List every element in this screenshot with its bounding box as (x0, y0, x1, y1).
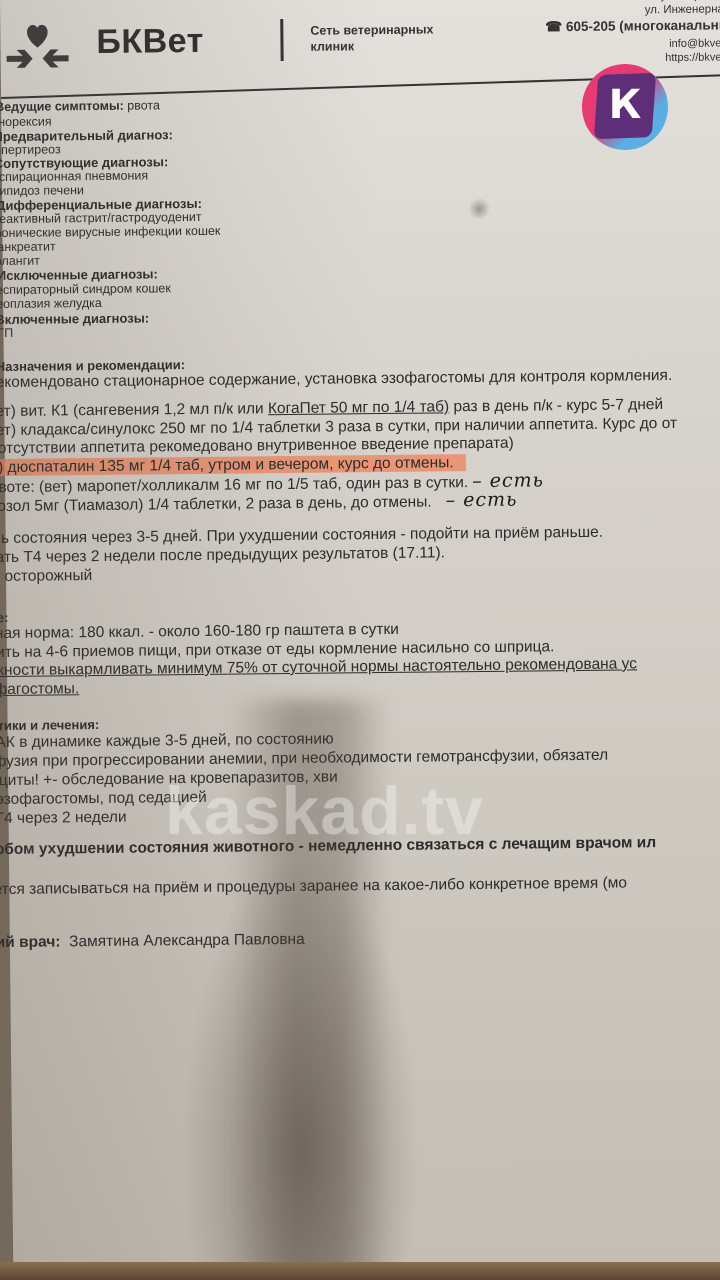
tagline-line-1: Сеть ветеринарных (310, 21, 470, 39)
leading-symptoms: Ведущие симптомы: рвота (0, 98, 160, 115)
feeding-warning-end: эзофагостомы. (0, 680, 79, 699)
tagline-line-2: клиник (310, 37, 470, 55)
phone-number: ☎ 605-205 (многоканальны (545, 18, 720, 34)
excluded-label: Исключенные диагнозы: (0, 266, 158, 283)
t4-note: Пересдать Т4 через 2 недели после предыд… (0, 544, 445, 567)
excluded-item: неоплазия желудка (0, 296, 102, 312)
included-item: ГП (0, 326, 13, 341)
attending-doctor: Лечащий врач: Замятина Александра Павлов… (0, 931, 305, 953)
brand-name: БКВет (96, 22, 204, 62)
prognosis: Прогноз осторожный (0, 567, 92, 587)
preliminary-label: Предварительный диагноз: (0, 127, 173, 144)
address-line-2: ул. Инженерная (545, 2, 720, 18)
thiamazole-prescription: Тирозол 5мг (Тиамазол) 1/4 таблетки, 2 р… (0, 491, 518, 517)
handwritten-note: – есть (446, 489, 518, 512)
clinic-tagline: Сеть ветеринарных клиник (310, 21, 470, 55)
watermark: kaskad.tv (165, 772, 484, 850)
document-page: БКВет Сеть ветеринарных клиник ул. Нарвс… (0, 0, 720, 1272)
badge-letter: К (582, 82, 668, 128)
included-label: Включенные диагнозы: (0, 310, 149, 327)
feeding-title: Кормление: (0, 610, 9, 626)
plan-item: Т4 через 2 недели (0, 809, 127, 828)
kaskad-logo-badge: К (582, 64, 668, 150)
paper-stain (468, 198, 490, 220)
plan-item: ОАК в динамике каждые 3-5 дней, по состо… (0, 731, 334, 753)
plan-title: План диагностики и лечения: (0, 717, 99, 734)
header-divider (280, 19, 283, 61)
bkvet-logo-icon (4, 17, 71, 72)
appointment-note: Рекомендуется записываться на приём и пр… (0, 874, 627, 899)
table-edge (0, 1262, 720, 1280)
differential-item: хронические вирусные инфекции кошек (0, 224, 220, 241)
clinic-contacts: ул. Нарвская ул. Инженерная ☎ 605-205 (м… (545, 0, 720, 66)
